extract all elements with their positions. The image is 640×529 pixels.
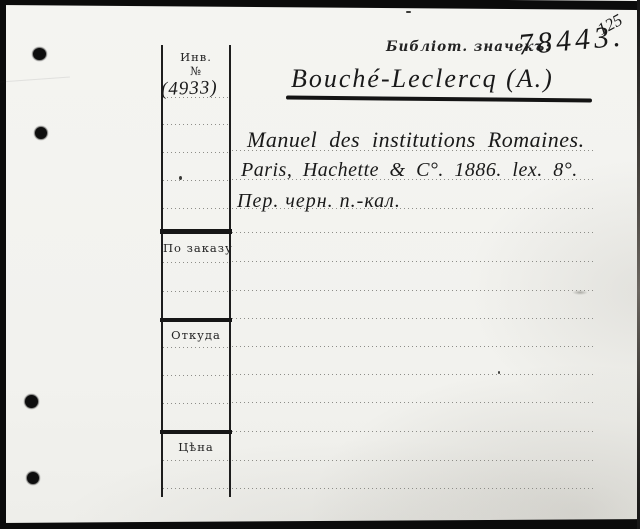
column-section-bar [160, 229, 232, 234]
scan-edge-bottom [0, 519, 640, 529]
dotted-rule [163, 291, 229, 292]
dotted-rule [232, 460, 593, 461]
dotted-rule [163, 180, 229, 181]
dotted-rule [163, 403, 229, 404]
punch-hole [33, 48, 46, 60]
paper-crease [0, 77, 70, 83]
column-section-bar [160, 318, 232, 322]
dotted-rule [163, 262, 229, 263]
inventory-number-sign: № [163, 66, 229, 78]
dotted-rule [232, 402, 593, 403]
punch-hole [27, 472, 39, 484]
dotted-rule [232, 232, 593, 233]
catalog-card-scan: Инв. № По заказу Откуда Цѣна (4933) Библ… [0, 0, 640, 529]
dotted-rule [232, 150, 593, 151]
punch-hole [35, 127, 47, 139]
dotted-rule [232, 374, 593, 375]
column-section-bar [160, 430, 232, 434]
dotted-rule [232, 346, 593, 347]
imprint-line: Paris, Hachette & C°. 1886. lex. 8°. [241, 160, 578, 180]
scan-edge-top [0, 0, 640, 10]
dotted-rule [232, 318, 593, 319]
punch-hole [25, 395, 38, 408]
dotted-rule [163, 97, 229, 98]
dotted-rule [163, 124, 229, 125]
dotted-rule [232, 488, 593, 489]
dotted-rule [163, 347, 229, 348]
field-label-origin: Откуда [163, 330, 229, 342]
inventory-label: Инв. [163, 52, 229, 64]
dotted-rule [232, 261, 593, 262]
field-label-price: Цѣна [163, 442, 229, 454]
dotted-rule [163, 460, 229, 461]
dotted-rule [163, 152, 229, 153]
author-heading: Bouché-Leclercq (A.) [291, 66, 554, 92]
dotted-rule [163, 208, 229, 209]
author-underline [286, 96, 592, 102]
scan-edge-left [0, 0, 6, 529]
dotted-rule [163, 488, 229, 489]
dotted-rule [232, 179, 593, 180]
inventory-number-value: (4933) [161, 78, 218, 99]
dotted-rule [232, 290, 593, 291]
dotted-rule [232, 208, 593, 209]
dotted-rule [163, 375, 229, 376]
dotted-rule [232, 431, 593, 432]
ink-speck [406, 11, 411, 13]
field-label-order: По заказу [163, 243, 229, 255]
title-line: Manuel des institutions Romaines. [247, 129, 585, 151]
